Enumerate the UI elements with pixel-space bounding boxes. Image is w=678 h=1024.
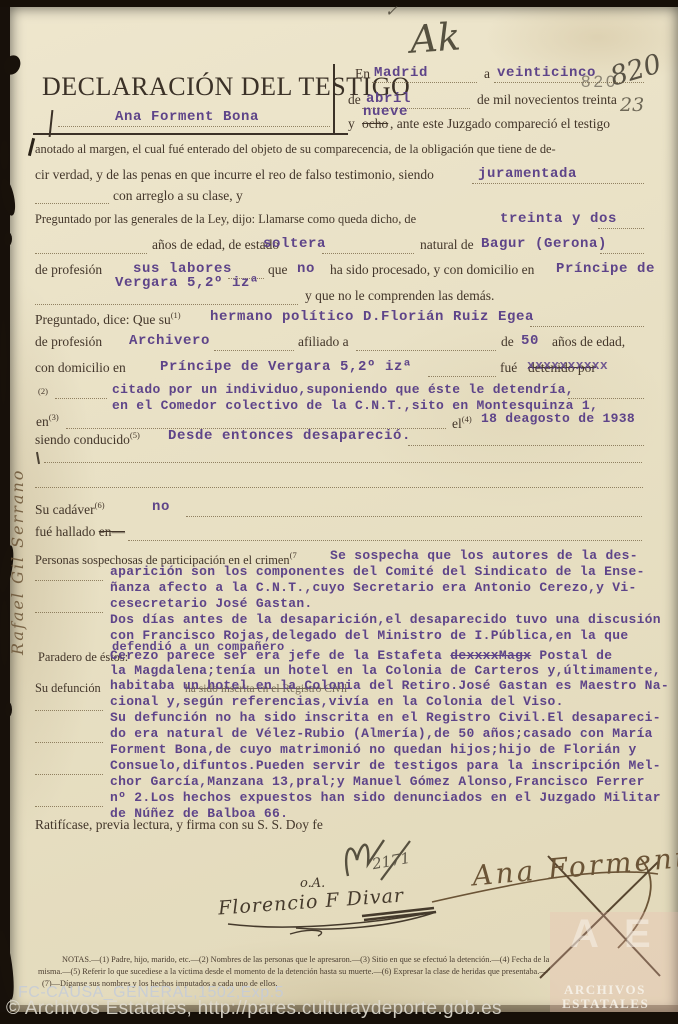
archive-stamp-text: ESTATALES <box>562 996 649 1012</box>
archive-monogram-a: A <box>570 912 599 957</box>
scanned-declaration-document: { "page": { "marks": { "check": "✓", "ak… <box>0 0 678 1024</box>
notas-line: misma.—(5) Referir lo que sucediese a la… <box>38 967 548 976</box>
notas-line: NOTAS.—(1) Padre, hijo, marido, etc.—(2)… <box>62 955 549 964</box>
archive-monogram-e: E <box>624 912 651 957</box>
copyright-watermark: © Archivos Estatales, http://pares.cultu… <box>6 998 502 1020</box>
oa-annotation: o.A. <box>300 876 325 891</box>
florencio-rubric <box>290 930 322 936</box>
